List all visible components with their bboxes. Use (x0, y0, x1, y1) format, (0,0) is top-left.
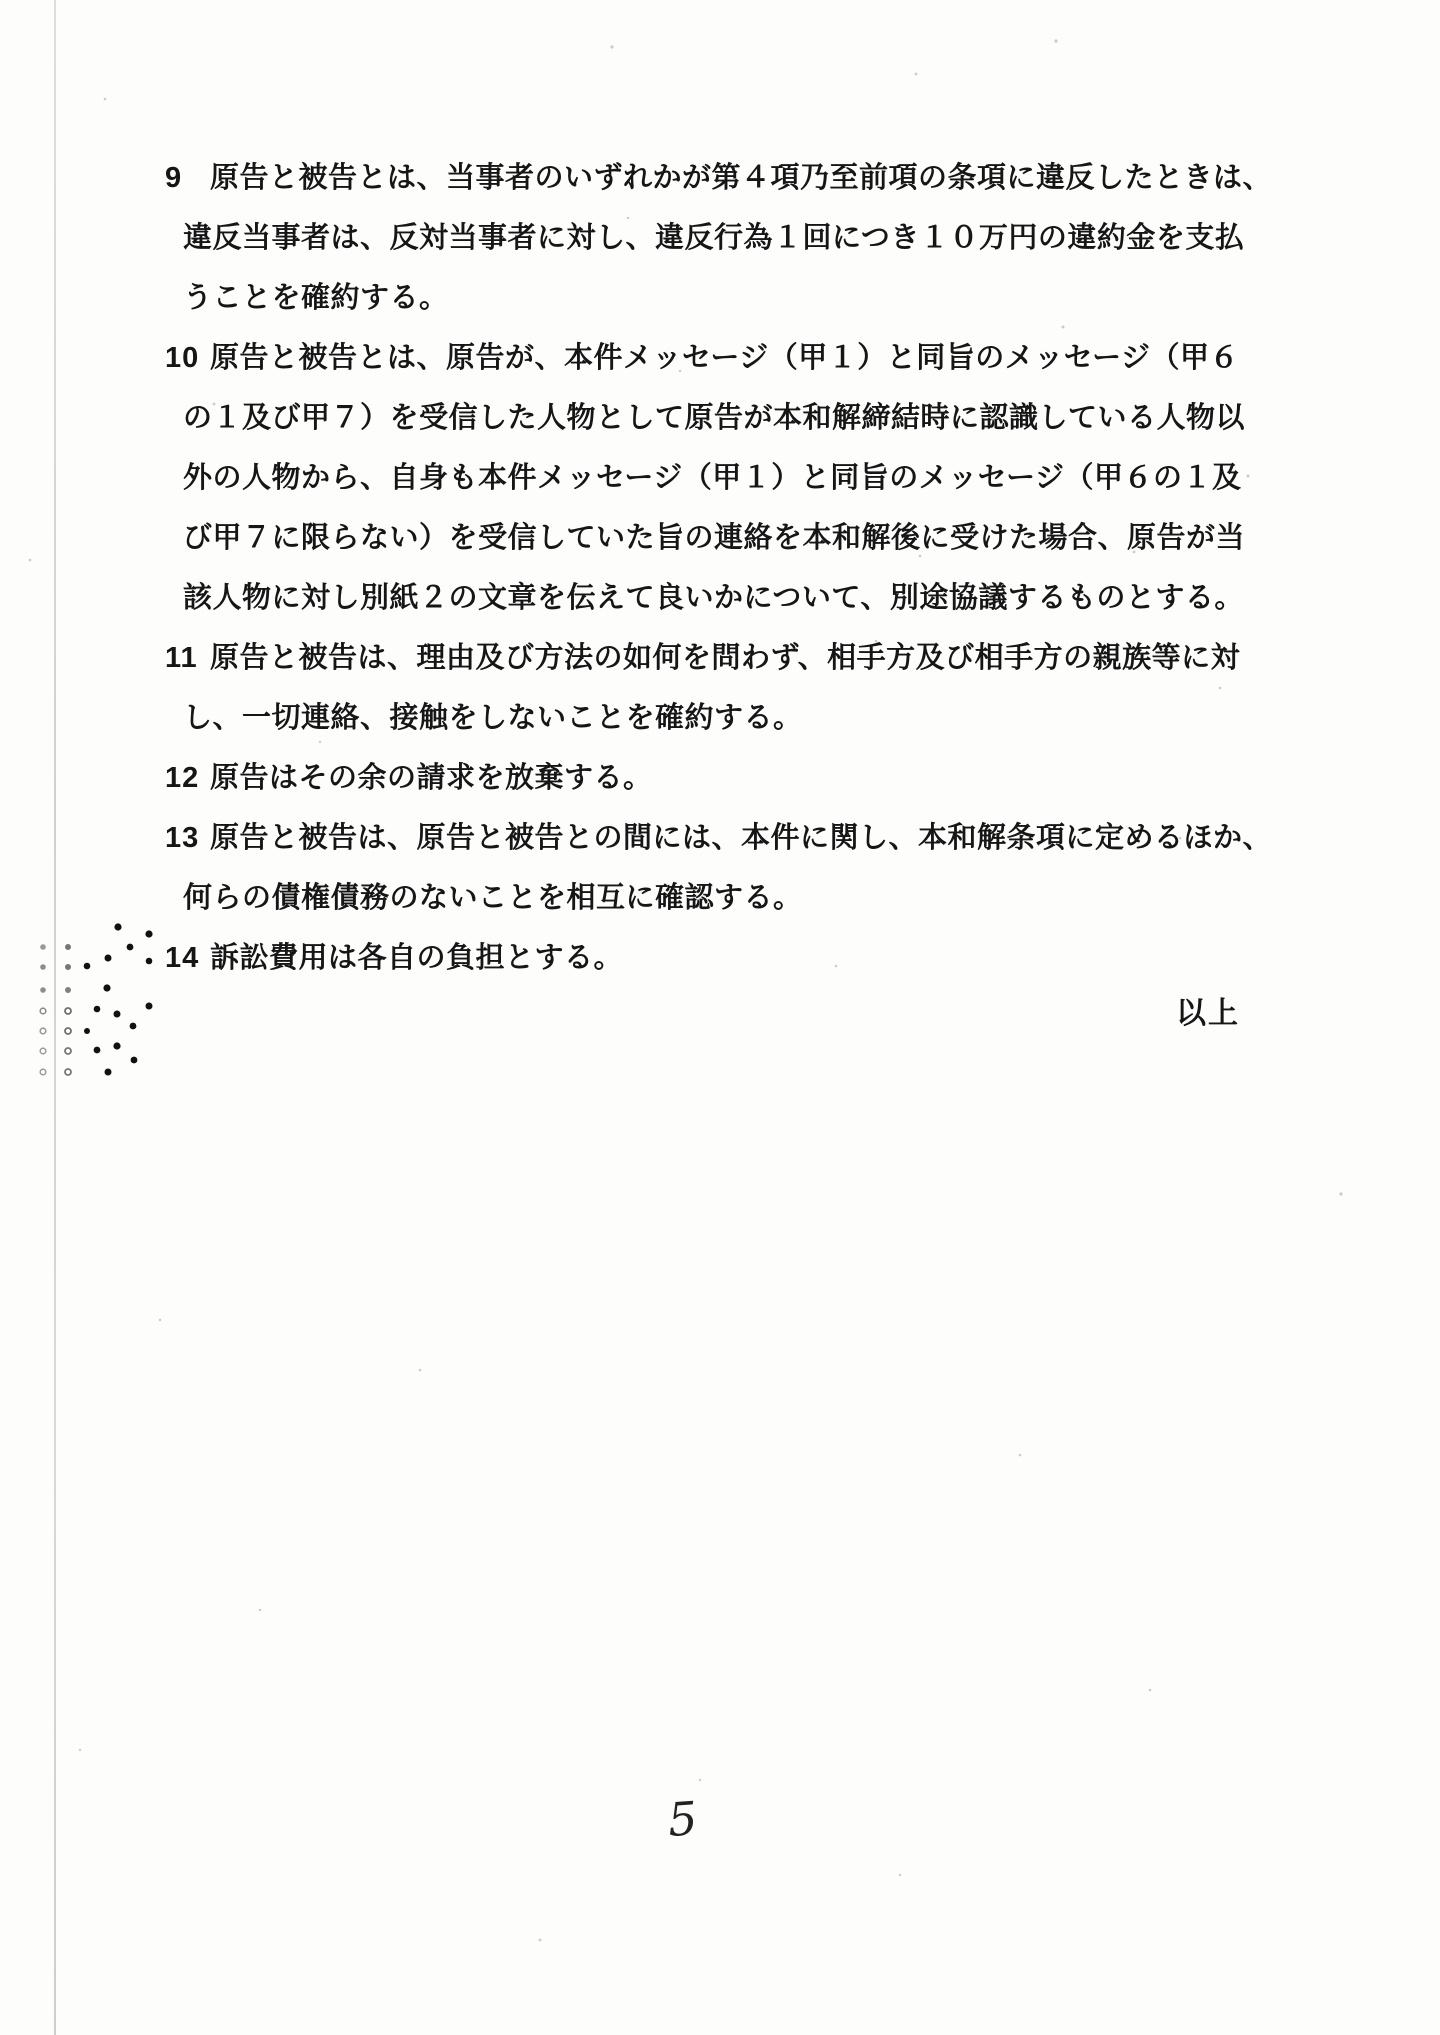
clause-line: 原告と被告とは、当事者のいずれかが第４項乃至前項の条項に違反したときは、 (210, 148, 1270, 208)
settlement-clauses: 9 原告と被告とは、当事者のいずれかが第４項乃至前項の条項に違反したときは、 違… (165, 148, 1270, 1048)
clause-item-9: 9 原告と被告とは、当事者のいずれかが第４項乃至前項の条項に違反したときは、 違… (165, 148, 1270, 328)
clause-line: 原告と被告とは、原告が、本件メッセージ（甲１）と同旨のメッセージ（甲６ (210, 328, 1270, 388)
page-number: 5 (666, 1791, 699, 1847)
clause-line: び甲７に限らない）を受信していた旨の連絡を本和解後に受けた場合、原告が当 (183, 508, 1270, 568)
clause-line: し、一切連絡、接触をしないことを確約する。 (183, 688, 1270, 748)
clause-line: 原告と被告は、理由及び方法の如何を問わず、相手方及び相手方の親族等に対 (210, 628, 1270, 688)
clause-number: 13 (165, 808, 199, 868)
clause-line: 違反当事者は、反対当事者に対し、違反行為１回につき１０万円の違約金を支払 (183, 208, 1270, 268)
scanned-document-page: 9 原告と被告とは、当事者のいずれかが第４項乃至前項の条項に違反したときは、 違… (0, 0, 1440, 2035)
clause-item-12: 12 原告はその余の請求を放棄する。 (165, 748, 1270, 808)
clause-number: 11 (165, 628, 198, 688)
clause-number: 12 (165, 748, 199, 808)
clause-item-14: 14 訴訟費用は各自の負担とする。 (165, 928, 1270, 988)
clause-line: 該人物に対し別紙２の文章を伝えて良いかについて、別途協議するものとする。 (183, 568, 1270, 628)
clause-line: 原告と被告は、原告と被告との間には、本件に関し、本和解条項に定めるほか、 (210, 808, 1270, 868)
clause-line: 訴訟費用は各自の負担とする。 (210, 928, 1270, 988)
scan-edge-line (54, 0, 56, 2035)
clause-line: の１及び甲７）を受信した人物として原告が本和解締結時に認識している人物以 (183, 388, 1270, 448)
clause-item-11: 11 原告と被告は、理由及び方法の如何を問わず、相手方及び相手方の親族等に対 し… (165, 628, 1270, 748)
clause-number: 9 (165, 148, 182, 208)
clause-item-13: 13 原告と被告は、原告と被告との間には、本件に関し、本和解条項に定めるほか、 … (165, 808, 1270, 928)
clause-line: うことを確約する。 (183, 268, 1270, 328)
clause-item-10: 10 原告と被告とは、原告が、本件メッセージ（甲１）と同旨のメッセージ（甲６ の… (165, 328, 1270, 628)
clause-line: 原告はその余の請求を放棄する。 (210, 748, 1270, 808)
closing-label: 以上 (165, 988, 1270, 1048)
clause-line: 外の人物から、自身も本件メッセージ（甲１）と同旨のメッセージ（甲６の１及 (183, 448, 1270, 508)
clause-number: 10 (165, 328, 199, 388)
clause-number: 14 (165, 928, 199, 988)
clause-line: 何らの債権債務のないことを相互に確認する。 (183, 868, 1270, 928)
